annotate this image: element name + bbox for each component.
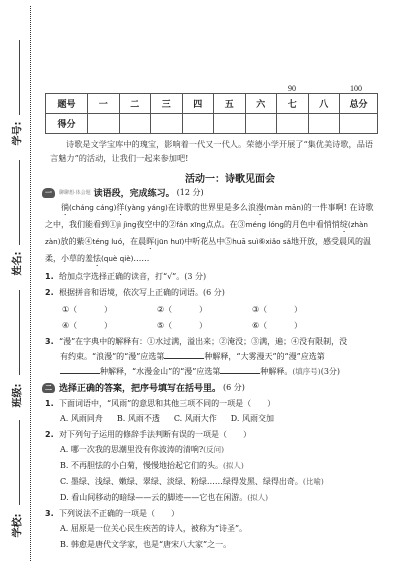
question-2-2: 2.对下列句子运用的修辞手法判断有误的一项是（ ） [45,428,385,442]
answer-blanks-row-2: ④（） ⑤（） ⑥（） [62,320,327,331]
question-text: 下列说法不正确的一项是（ ） [59,509,179,518]
header-cell: 二 [119,94,151,114]
option[interactable]: C. 风雨大作 [174,413,217,424]
section-score: (12 分) [177,187,204,198]
passage-text: …… [133,254,149,263]
fill-blank[interactable] [220,365,260,374]
question-1-1: 1.给加点字选择正确的读音，打“√”。(3 分) [45,270,385,284]
passage-text: 中听花丛中⑤ [184,237,232,246]
question-score: (3 分) [184,272,206,281]
score-cell[interactable] [308,114,340,134]
pinyin-choice[interactable]: (yàng yáng) [124,203,167,212]
school-label: 学校: [9,518,24,538]
passage-text: 夜空中的② [136,220,176,229]
pinyin-choice[interactable]: (màn mān) [264,203,304,212]
question-number: 1. [45,397,59,411]
header-cell: 总分 [340,94,378,114]
activity-title: 活动一：诗歌见面会 [0,170,400,185]
passage-text: ⑥ [258,237,265,246]
pinyin-choice[interactable]: (jūn huī) [154,237,184,246]
question-note: (填序号) [292,367,320,376]
pinyin-prompt: téng luó [93,237,123,246]
section-score: (6 分) [223,382,245,393]
answer-blank[interactable]: ⑥（） [252,320,327,331]
pinyin-prompt: méng lóng [246,220,284,229]
answer-blank[interactable]: ⑤（） [157,320,232,331]
answer-blanks-row-1: ①（） ②（） ③（） [62,304,327,315]
question-text: 种解释。 [260,367,292,376]
option[interactable]: D. 风雨交加 [231,413,274,424]
question-1-3-line2: 有约束。“浪漫”的“漫”应选第种解释，“大雾漫天”的“漫”应选第 [60,350,390,364]
header-cell: 一 [88,94,120,114]
class-label: 班级: [9,388,24,408]
passage-text: ，在晨 [122,237,146,246]
option[interactable]: B. 风雨不透 [117,413,160,424]
pinyin-prompt: xiǎo sǎ [266,237,292,246]
section-1-header: 一 聊聊想·体会题 读语段，完成练习。 (12 分) [42,186,204,199]
student-id-line [19,40,20,115]
section-title: 选择正确的答案，把序号填写在括号里。 [59,381,221,394]
question-1-3: 3.“漫”在字典中的解释有：①水过满，溢出来；②淹没；③满，遍；④没有限制，没 [45,335,385,349]
section-title: 读语段，完成练习。 [94,186,175,199]
pinyin-choice[interactable]: (cháng cáng) [69,203,116,212]
class-field[interactable]: 班级: [4,290,26,410]
question-number: 3. [45,335,59,349]
option[interactable]: D. 看山间移动的暗绿——云的脚迹——它也在闲游。(拟人) [60,492,390,503]
score-row-label: 得分 [46,114,88,134]
header-cell: 五 [214,94,246,114]
header-cell: 八 [308,94,340,114]
question-2-1-options: A. 风雨同舟 B. 风雨不透 C. 风雨大作 D. 风雨交加 [60,413,288,424]
passage-text: 点点。在③ [206,220,246,229]
score-cell[interactable] [151,114,183,134]
pinyin-choice[interactable]: (què qiè) [101,254,133,263]
question-text: 给加点字选择正确的读音，打“√”。 [59,272,184,281]
section-number-badge: 一 [42,188,55,198]
school-field[interactable]: 学校: [4,420,26,540]
binding-margin: 学号: 姓名: 班级: 学校: [0,0,32,566]
score-table-score-row: 得分 [46,114,378,134]
score-cell[interactable] [182,114,214,134]
section-2-header: 二 选择正确的答案，把序号填写在括号里。 (6 分) [42,381,245,394]
score-cell[interactable] [119,114,151,134]
option[interactable]: A. 风雨同舟 [60,413,103,424]
question-number: 2. [45,428,59,442]
question-number: 2. [45,286,59,300]
school-line [19,420,20,505]
answer-blank[interactable]: ①（） [62,304,137,315]
pinyin-prompt: huā suì [232,237,258,246]
student-id-field[interactable]: 学号: [4,40,26,150]
question-number: 1. [45,270,59,284]
pinyin-prompt: jì jìng [117,220,136,229]
question-2-3: 3.下列说法不正确的一项是（ ） [45,507,385,521]
answer-blank[interactable]: ④（） [62,320,137,331]
dotted-char: 晖 [146,237,154,246]
dotted-char: 徜 [61,203,69,212]
score-cell[interactable] [245,114,277,134]
header-cell: 六 [245,94,277,114]
pinyin-prompt: fán xīng [176,220,205,229]
answer-blank[interactable]: ②（） [157,304,232,315]
score-table: 题号 一 二 三 四 五 六 七 八 总分 得分 [45,93,378,134]
header-cell: 七 [277,94,309,114]
question-text: 下面词语中，“风雨”的意思和其他三项不同的一项是（ ） [59,399,275,408]
answer-blank[interactable]: ③（） [252,304,327,315]
question-2-1: 1.下面词语中，“风雨”的意思和其他三项不同的一项是（ ） [45,397,385,411]
passage: 徜(cháng cáng)徉(yàng yáng)在诗歌的世界里是多么浪漫(mà… [45,200,380,268]
question-score: (6 分) [203,288,225,297]
score-note-100: 100 [350,84,362,93]
student-id-label: 学号: [9,126,24,146]
option[interactable]: C. 墨绿、浅绿、嫩绿、翠绿、淡绿、粉绿……绿得发黑、绿得出奇。(比喻) [60,476,390,487]
intro-paragraph: 诗歌是文学宝库中的瑰宝，影响着一代又一代人。荣德小学开展了“集优美诗歌，品语言魅… [50,137,380,165]
passage-text: 放的紫④ [61,237,93,246]
option[interactable]: A. 哪一次我的思潮里没有你波涛的清响?(反问) [60,444,390,455]
dotted-char: 怯 [93,254,101,263]
question-number: 3. [45,507,59,521]
question-score: (3分) [321,367,340,376]
score-cell[interactable] [88,114,120,134]
option[interactable]: A. 屈原是一位关心民生疾苦的诗人，被称为“诗圣”。 [60,523,390,534]
dotted-char: 绽 [340,220,348,229]
question-text: 有约束。“浪漫”的“漫”应选第 [60,352,164,361]
question-text: “漫”在字典中的解释有：①水过满，溢出来；②淹没；③满，遍；④没有限制，没 [59,337,347,346]
question-1-2: 2.根据拼音和语境，依次写上正确的词语。(6 分) [45,286,385,300]
question-1-3-line3: 种解释，“水漫金山”的“漫”应选第种解释。(填序号)(3分) [60,365,390,379]
header-cell: 三 [151,94,183,114]
fill-blank[interactable] [164,350,204,359]
fill-blank[interactable] [60,365,100,374]
dotted-char: 漫 [256,203,264,212]
question-text: 种解释，“大雾漫天”的“漫”应选第 [204,352,324,361]
header-cell: 题号 [46,94,88,114]
class-line [19,290,20,375]
score-cell[interactable] [277,114,309,134]
option[interactable]: B. 韩愈是唐代文学家，也是“唐宋八大家”之一。 [60,539,390,550]
name-label: 姓名: [9,256,24,276]
option[interactable]: B. 不再胆怯的小白菊，慢慢地抬起它们的头。(拟人) [60,460,390,471]
fold-line [30,6,31,561]
passage-text: 的月色中看悄悄 [284,220,340,229]
section-tag: 聊聊想·体会题 [59,189,91,196]
section-number-badge: 二 [42,383,55,393]
score-table-header-row: 题号 一 二 三 四 五 六 七 八 总分 [46,94,378,114]
score-note-90: 90 [288,84,296,93]
question-text: 对下列句子运用的修辞手法判断有误的一项是（ ） [59,430,251,439]
passage-text: 在诗歌的世界里是多么浪 [168,203,256,212]
header-cell: 四 [182,94,214,114]
question-text: 根据拼音和语境，依次写上正确的词语。 [59,288,203,297]
question-text: 种解释，“水漫金山”的“漫”应选第 [100,367,220,376]
score-cell[interactable] [340,114,378,134]
score-cell[interactable] [214,114,246,134]
